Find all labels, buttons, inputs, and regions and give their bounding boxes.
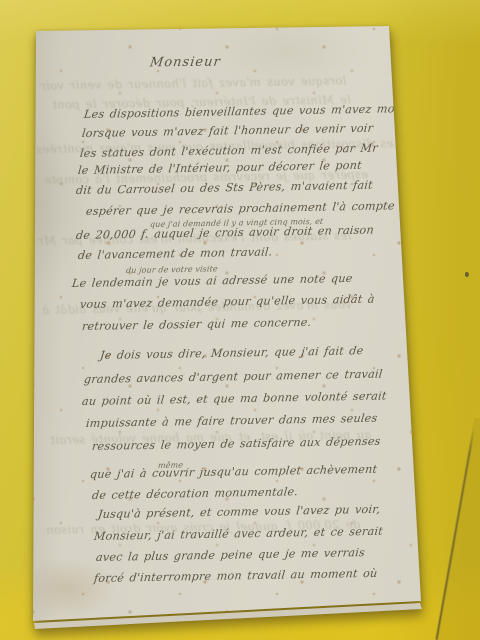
letter-line: forcé d'interrompre mon travail au momen… [93,567,378,585]
letter-line: grandes avances d'argent pour amener ce … [83,368,383,386]
letter-line: impuissante à me faire trouver dans mes … [85,412,378,430]
letter-line: ressources le moyen de satisfaire aux dé… [91,435,381,453]
letter-line: Le lendemain je vous ai adressé une note… [71,272,353,290]
letter-line: Jusqu'à présent, et comme vous l'avez pu… [97,503,381,521]
letter-line: de l'avancement de mon travail. [77,245,273,262]
letter-line: avec la plus grande peine que je me verr… [95,546,365,564]
letter-line: que j'ai à couvrir jusqu'au complet achè… [89,463,378,481]
letter-line: de 20,000 f. auquel je crois avoir droit… [75,224,374,242]
letter-line: lorsque vous m'avez fait l'honneur de ve… [81,122,373,140]
letter-line: retrouver le dossier qui me concerne. [81,316,312,333]
letter-line: vous m'avez demandée pour qu'elle vous a… [79,293,375,311]
letter-line: le Ministre de l'Intérieur, pour décorer… [77,159,362,177]
letter-line: Monsieur, j'ai travaillé avec ardeur, et… [93,525,383,543]
letter-line: Les dispositions bienveillantes que vous… [83,102,432,121]
letter-paper-wrap: lorsque vous m'avez fait l'honneur de ve… [0,0,480,640]
letter-salutation: Monsieur [149,55,222,71]
letter-line: Je dois vous dire, Monsieur, que j'ai fa… [99,344,364,362]
letter-line: de cette décoration monumentale. [91,485,298,502]
letter-line: les statues dont l'exécution m'est confi… [79,142,378,160]
letter-line: espérer que je recevrais prochainement l… [85,199,395,218]
interlinear-insertion: du jour de votre visite [126,264,219,275]
letter-line: au point où il est, et que ma bonne volo… [81,389,387,408]
letter-line: dit du Carrousel ou des Sts Pères, m'ava… [75,179,373,197]
letter-text: Monsieur Les dispositions bienveillantes… [0,0,480,640]
letter-paper: lorsque vous m'avez fait l'honneur de ve… [0,0,480,640]
photo-canvas: lorsque vous m'avez fait l'honneur de ve… [0,0,480,640]
